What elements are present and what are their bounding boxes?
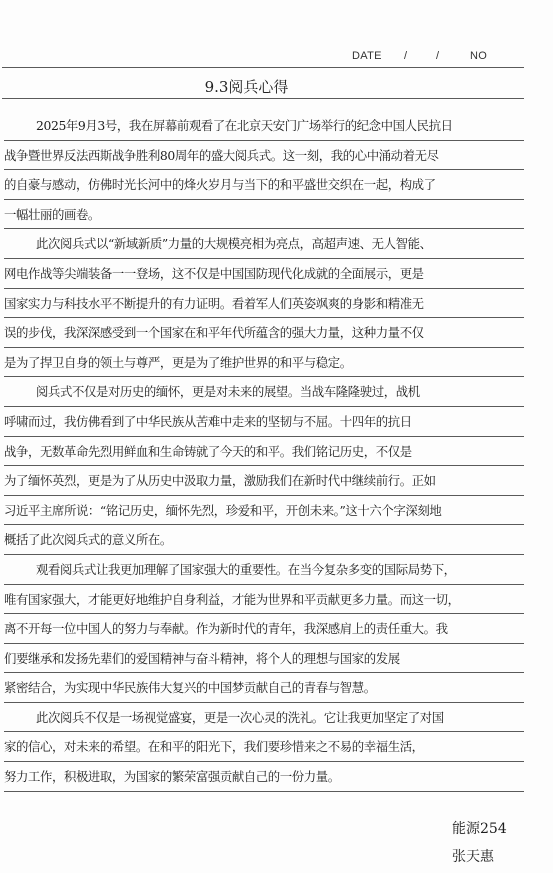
- essay-line: 战争暨世界反法西斯战争胜利80周年的盛大阅兵式。这一刻，我的心中涌动着无尽: [4, 141, 524, 171]
- date-separator: /: [404, 50, 407, 62]
- essay-line: 离不开每一位中国人的努力与奉献。作为新时代的青年，我深感肩上的责任重大。我: [4, 614, 524, 644]
- date-label: DATE: [352, 50, 382, 62]
- essay-line: 观看阅兵式让我更加理解了国家强大的重要性。在当今复杂多变的国际局势下，: [4, 555, 524, 585]
- essay-line: 此次阅兵式以“新域新质”力量的大规模亮相为亮点，高超声速、无人智能、: [4, 229, 524, 259]
- essay-line: 为了缅怀英烈，更是为了从历史中汲取力量，激励我们在新时代中继续前行。正如: [4, 466, 524, 496]
- signature-name: 张天惠: [452, 846, 494, 866]
- essay-line: 概括了此次阅兵式的意义所在。: [4, 525, 524, 555]
- essay-line: 的自豪与感动，仿佛时光长河中的烽火岁月与当下的和平盛世交织在一起，构成了: [4, 170, 524, 200]
- essay-line: 一幅壮丽的画卷。: [4, 200, 524, 230]
- page-title: 9.3阅兵心得: [0, 76, 553, 97]
- essay-line: 阅兵式不仅是对历史的缅怀，更是对未来的展望。当战车隆隆驶过，战机: [4, 377, 524, 407]
- essay-line: 努力工作，积极进取，为国家的繁荣富强贡献自己的一份力量。: [4, 762, 524, 792]
- essay-line: 们要继承和发扬先辈们的爱国精神与奋斗精神，将个人的理想与国家的发展: [4, 644, 524, 674]
- notebook-page: DATE / / NO 9.3阅兵心得 2025年9月3号，我在屏幕前观看了在北…: [0, 0, 553, 873]
- essay-line: 此次阅兵不仅是一场视觉盛宴，更是一次心灵的洗礼。它让我更加坚定了对国: [4, 703, 524, 733]
- essay-line: 国家实力与科技水平不断提升的有力证明。看着军人们英姿飒爽的身影和精准无: [4, 289, 524, 319]
- essay-line: 习近平主席所说：“铭记历史，缅怀先烈，珍爱和平，开创未来。”这十六个字深刻地: [4, 496, 524, 526]
- ruled-line: [2, 98, 524, 99]
- essay-line: 网电作战等尖端装备一一登场，这不仅是中国国防现代化成就的全面展示，更是: [4, 259, 524, 289]
- signature-class: 能源254: [452, 818, 507, 838]
- ruled-line: [2, 67, 524, 68]
- essay-line: 家的信心，对未来的希望。在和平的阳光下，我们要珍惜来之不易的幸福生活，: [4, 732, 524, 762]
- essay-line: 紧密结合，为实现中华民族伟大复兴的中国梦贡献自己的青春与智慧。: [4, 673, 524, 703]
- essay-line: 唯有国家强大，才能更好地维护自身利益，才能为世界和平贡献更多力量。而这一切，: [4, 585, 524, 615]
- essay-line: 2025年9月3号，我在屏幕前观看了在北京天安门广场举行的纪念中国人民抗日: [4, 111, 524, 141]
- essay-line: 误的步伐，我深深感受到一个国家在和平年代所蕴含的强大力量，这种力量不仅: [4, 318, 524, 348]
- essay-line: 是为了捍卫自身的领土与尊严，更是为了维护世界的和平与稳定。: [4, 348, 524, 378]
- date-separator: /: [436, 50, 439, 62]
- essay-line: 战争，无数革命先烈用鲜血和生命铸就了今天的和平。我们铭记历史，不仅是: [4, 437, 524, 467]
- essay-body: 2025年9月3号，我在屏幕前观看了在北京天安门广场举行的纪念中国人民抗日 战争…: [4, 111, 524, 792]
- essay-line: 呼啸而过，我仿佛看到了中华民族从苦难中走来的坚韧与不屈。十四年的抗日: [4, 407, 524, 437]
- number-label: NO: [470, 50, 487, 62]
